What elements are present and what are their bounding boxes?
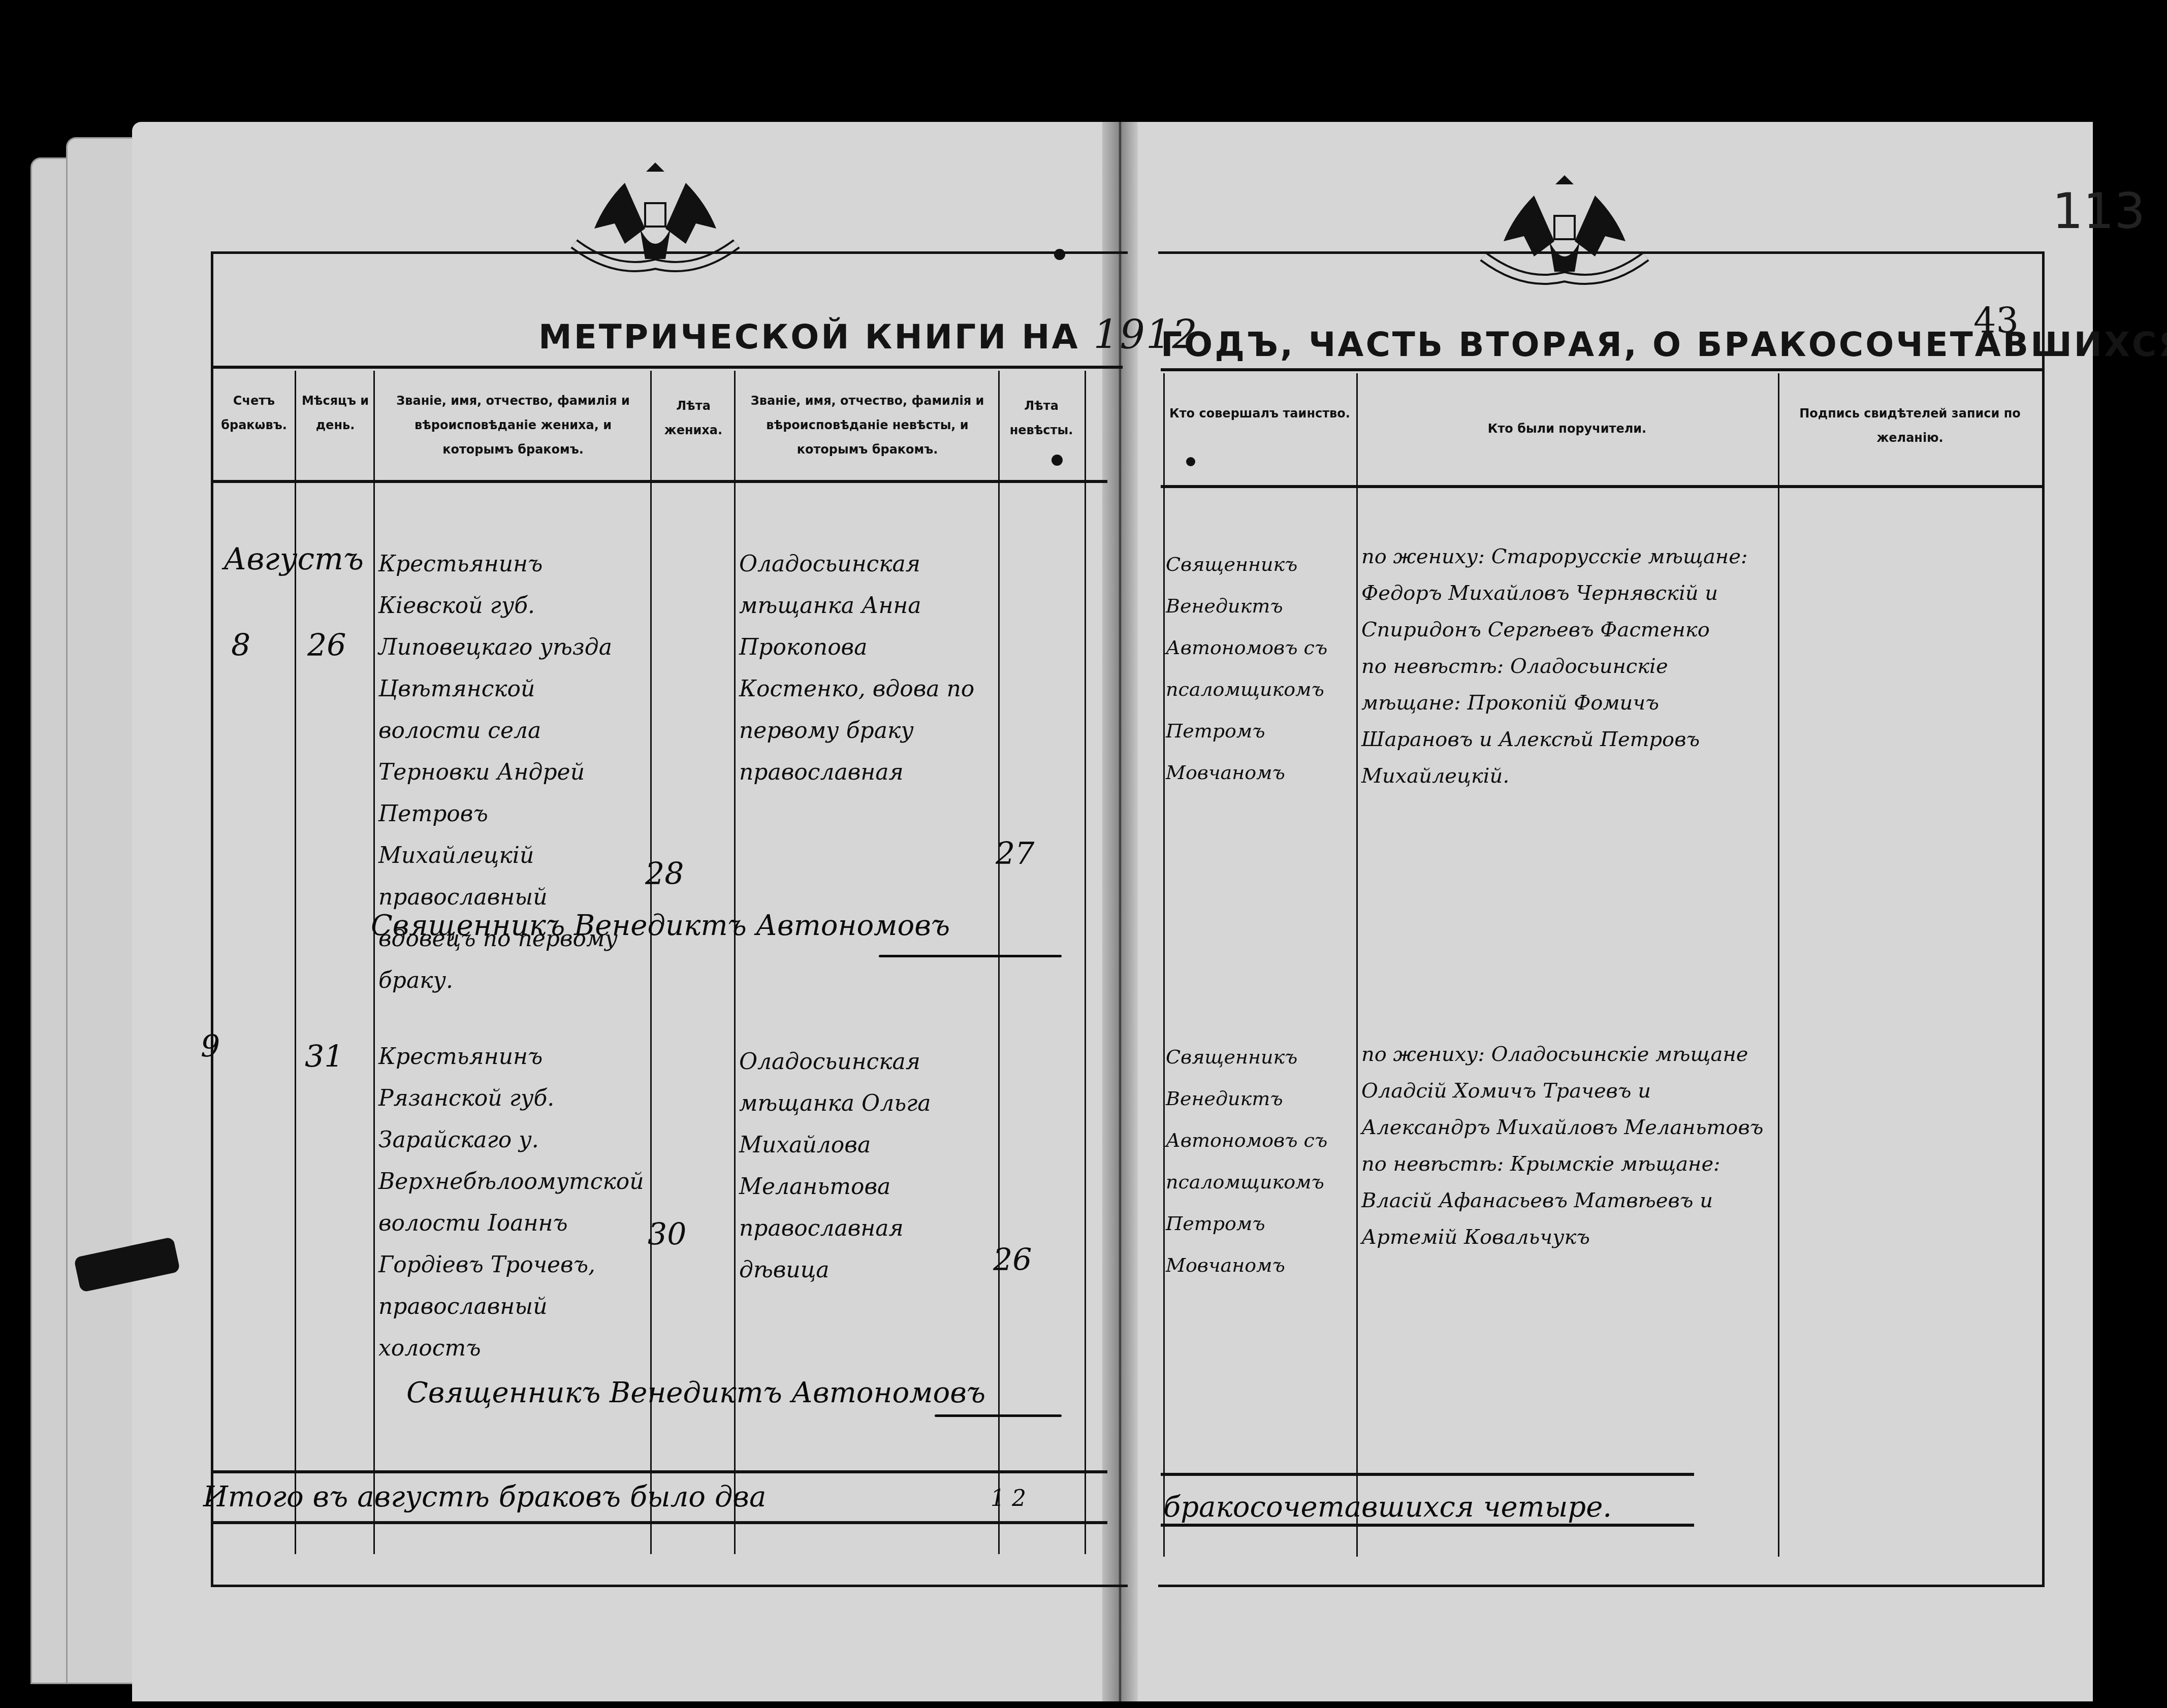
title-rule-right [1161,368,2042,371]
total-row-bottom-rule-right [1161,1524,1694,1527]
total-summary-left-number: 1 2 [991,1486,1026,1511]
record-1-month: Августъ [224,538,364,580]
record-1-groom-age: 28 [645,853,684,895]
column-header-groom: Званiе, имя, отчество, фамилiя и вѣроисп… [378,389,648,462]
table-frame-right [1158,251,2045,1587]
total-summary-left: Итого въ августѣ браковъ было два [203,1480,766,1513]
total-row-top-rule-left [213,1470,1107,1473]
column-divider [1778,373,1779,1557]
column-divider [373,371,375,1554]
binding-hole [1186,457,1195,466]
column-header-count: Счетъ бракωвъ. [213,389,295,437]
signature-flourish [879,955,1062,957]
record-2-bride-age: 26 [993,1239,1032,1281]
header-rule-right [1161,485,2042,488]
record-2-day: 31 [305,1036,343,1078]
archive-sheet-number: 113 [2052,183,2145,240]
column-header-groom-age: Лѣта жениха. [655,394,731,442]
column-header-witness-signatures: Подпись свидѣтелей записи по желанiю. [1783,401,2037,450]
total-summary-right: бракосочетавшихся четыре. [1163,1491,1612,1524]
column-divider [998,371,1000,1554]
record-1-day: 26 [307,625,346,666]
title-rule-left [213,366,1123,369]
column-header-sureties: Кто были поручители. [1361,416,1773,441]
record-1-priest-signature: Священникъ Венедиктъ Автономовъ [371,909,950,942]
record-1-officiant: Священникъ Венедиктъ Автономовъ съ псало… [1166,543,1354,793]
record-2-bride: Оладосьинская мѣщанка Ольга Михайлова Ме… [739,1041,993,1291]
column-header-officiant: Кто совершалъ таинство. [1166,401,1354,426]
record-1-sureties: по жениху: Старорусскiе мѣщане: Федоръ М… [1361,538,1773,794]
record-1-count: 8 [231,625,250,666]
column-divider [1085,371,1086,1554]
column-divider [1356,373,1358,1557]
column-header-date: Мѣсяцъ и день. [297,389,373,437]
record-2-count: 9 [201,1026,220,1068]
record-2-priest-signature: Священникъ Венедиктъ Автономовъ [406,1376,985,1409]
page-title-left: МЕТРИЧЕСКОЙ КНИГИ НА 1912 [538,312,1198,358]
record-1-bride: Оладосьинская мѣщанка Анна Прокопова Кос… [739,543,993,793]
record-1-bride-age: 27 [996,833,1034,875]
total-row-bottom-rule-left [213,1521,1107,1524]
total-row-top-rule-right [1161,1473,1694,1476]
binding-hole [1051,455,1063,466]
record-2-officiant: Священникъ Венедиктъ Автономовъ съ псало… [1166,1036,1354,1286]
header-rule-left [213,480,1107,483]
record-2-sureties: по жениху: Оладосьинскiе мѣщане Оладсiй … [1361,1036,1773,1255]
title-left-text: МЕТРИЧЕСКОЙ КНИГИ НА [538,317,1080,357]
signature-flourish [935,1414,1062,1417]
record-2-groom: Крестьянинъ Рязанской губ. Зарайскаго у.… [378,1036,643,1369]
column-divider [1163,373,1165,1557]
column-header-bride-age: Лѣта невѣсты. [1001,394,1082,442]
record-2-groom-age: 30 [648,1214,686,1255]
binding-hole [1054,249,1065,260]
page-number: 43 [1973,300,2019,341]
column-header-bride: Званiе, имя, отчество, фамилiя и вѣроисп… [739,389,996,462]
